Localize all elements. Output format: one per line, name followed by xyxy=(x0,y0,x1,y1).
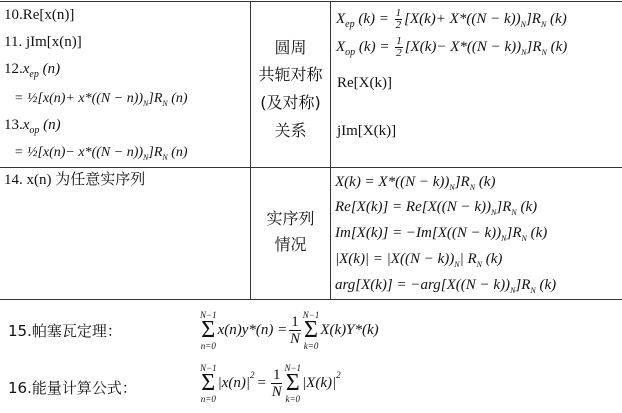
one-over-n: 1N xyxy=(271,367,283,401)
half-den: 2 xyxy=(396,48,402,59)
item-13-eq-end: (n) xyxy=(171,145,187,160)
prop-4-sub: N xyxy=(454,260,459,269)
item-13-sub: op xyxy=(29,125,39,136)
category-label-line-4: 关系 xyxy=(251,123,330,139)
real-property-3: Im[X(k)] = −Im[X((N − k))N]RN (k) xyxy=(335,226,547,241)
sum-lower: k=0 xyxy=(304,342,319,351)
item-12-eq-sub: N xyxy=(143,99,148,108)
category-label-line-3: (及对称) xyxy=(251,95,330,111)
parseval-lhs: x(n)y*(n) = xyxy=(218,323,288,338)
sum-symbol-k: N−1Σk=0 xyxy=(284,364,301,404)
prop-3-tail: ]R xyxy=(507,225,522,241)
prop-5-sub: N xyxy=(510,286,515,295)
equals: = xyxy=(257,376,265,391)
prop-3-body: Im[X(k)] = −Im[X((N − k)) xyxy=(335,225,501,241)
xop-sub: op xyxy=(345,47,355,58)
sum-lower: n=0 xyxy=(201,342,216,351)
category-label-line-2: 共轭对称 xyxy=(251,67,330,83)
prop-2-sub: N xyxy=(491,208,496,217)
xep-rhs: [X(k)+ X*((N − k)) xyxy=(404,11,520,27)
energy-label: 16.能量计算公式： xyxy=(8,381,137,396)
prop-1-tail: ]R xyxy=(455,174,470,190)
frac-den: N xyxy=(290,331,300,348)
jim-xk: jIm[X(k)] xyxy=(337,124,396,139)
prop-4-tail-sub: N xyxy=(477,260,482,269)
prop-1-end: (k) xyxy=(479,174,496,190)
column-divider-2 xyxy=(330,1,331,300)
item-12-eq-tail: ]R xyxy=(148,91,162,106)
real-seq-label-line-1: 实序列 xyxy=(251,211,330,227)
half-fraction: 12 xyxy=(395,36,403,59)
re-xk: Re[X(k)] xyxy=(337,76,392,91)
frac-num: 1 xyxy=(271,367,283,385)
half-fraction: 12 xyxy=(395,8,403,31)
power: 2 xyxy=(336,371,341,380)
xop-formula: Xop (k) = 12[X(k)− X*((N − k))N]RN (k) xyxy=(336,36,567,59)
prop-5-tail-sub: N xyxy=(530,286,535,295)
xep-rhs-tail-sub: N xyxy=(541,20,546,29)
item-12-eq-end: (n) xyxy=(171,91,187,106)
prop-3-tail-sub: N xyxy=(522,234,527,243)
prop-1-tail-sub: N xyxy=(470,183,475,192)
sigma-icon: Σ xyxy=(201,320,215,342)
xop-rhs-tail: ]R xyxy=(527,39,542,55)
item-13-eq-tail: ]R xyxy=(148,145,162,160)
real-property-5: arg[X(k)] = −arg[X((N − k))N]RN (k) xyxy=(335,278,556,293)
xep-sub: ep xyxy=(345,19,354,30)
parseval-label: 15.帕塞瓦定理： xyxy=(8,324,122,339)
item-12-eq-body: = ½[x(n)+ x*((N − n)) xyxy=(14,91,143,106)
item-13-eq-body: = ½[x(n)− x*((N − n)) xyxy=(14,145,143,160)
item-14: 14. x(n) 为任意实序列 xyxy=(4,173,145,188)
xop-rhs-tail-sub: N xyxy=(542,48,547,57)
sum-lower: k=0 xyxy=(285,395,300,404)
energy-lhs: |x(n)| xyxy=(218,376,250,391)
prop-4-end: (k) xyxy=(486,251,503,267)
half-den: 2 xyxy=(396,20,402,31)
xop-rhs-end: (k) xyxy=(551,39,568,55)
frac-num: 1 xyxy=(289,314,301,332)
one-over-n: 1N xyxy=(289,314,301,348)
item-13-eq-tail-sub: N xyxy=(162,153,167,162)
prop-2-tail: ]R xyxy=(496,199,511,215)
sum-symbol-k: N−1Σk=0 xyxy=(303,311,320,351)
sigma-icon: Σ xyxy=(286,373,300,395)
frac-den: N xyxy=(272,384,282,401)
item-12-sub: ep xyxy=(29,69,38,80)
xep-rhs-end: (k) xyxy=(550,11,567,27)
item-13-equation: = ½[x(n)− x*((N − n))N]RN (n) xyxy=(14,146,188,160)
prop-4-tail: | R xyxy=(460,251,477,267)
real-property-4: |X(k)| = |X((N − k))N| RN (k) xyxy=(335,252,502,267)
table-top-border xyxy=(0,1,622,2)
prop-1-sub: N xyxy=(449,183,454,192)
category-label-line-1: 圆周 xyxy=(251,40,330,56)
xop-mid: (k) = xyxy=(359,39,393,55)
item-12-eq-tail-sub: N xyxy=(162,99,167,108)
prop-2-tail-sub: N xyxy=(511,208,516,217)
real-seq-label-line-2: 情况 xyxy=(251,237,330,253)
prop-3-end: (k) xyxy=(531,225,548,241)
item-12: 12.xep (n) xyxy=(4,62,60,77)
prop-2-body: Re[X(k)] = Re[X((N − k)) xyxy=(335,199,491,215)
xep-formula: Xep (k) = 12[X(k)+ X*((N − k))N]RN (k) xyxy=(336,8,567,31)
xop-lhs: X xyxy=(336,39,345,55)
xep-mid: (k) = xyxy=(358,11,392,27)
item-13-label: 13. xyxy=(4,117,23,133)
sum-symbol-n: N−1Σn=0 xyxy=(200,311,217,351)
energy-rhs: |X(k)| xyxy=(302,376,336,391)
power: 2 xyxy=(250,371,255,380)
table-bottom-border xyxy=(0,299,622,300)
xop-rhs: [X(k)− X*((N − k)) xyxy=(405,39,521,55)
real-property-1: X(k) = X*((N − k))N]RN (k) xyxy=(335,175,495,190)
item-10: 10.Re[x(n)] xyxy=(4,8,74,23)
item-11: 11. jIm[x(n)] xyxy=(4,35,82,50)
parseval-rhs: X(k)Y*(k) xyxy=(320,323,378,338)
energy-formula: N−1Σn=0 |x(n)|2 = 1N N−1Σk=0 |X(k)|2 xyxy=(200,364,341,404)
sigma-icon: Σ xyxy=(201,373,215,395)
item-13: 13.xop (n) xyxy=(4,118,61,133)
prop-5-tail: ]R xyxy=(515,277,530,293)
prop-1-body: X(k) = X*((N − k)) xyxy=(335,174,449,190)
real-property-2: Re[X(k)] = Re[X((N − k))N]RN (k) xyxy=(335,200,537,215)
row-divider-1 xyxy=(0,167,622,168)
item-12-arg: (n) xyxy=(43,61,61,77)
xep-rhs-tail: ]R xyxy=(526,11,541,27)
parseval-formula: N−1Σn=0 x(n)y*(n) = 1N N−1Σk=0 X(k)Y*(k) xyxy=(200,311,379,351)
sigma-icon: Σ xyxy=(304,320,318,342)
prop-5-end: (k) xyxy=(540,277,557,293)
item-13-arg: (n) xyxy=(43,117,61,133)
item-13-eq-sub: N xyxy=(143,153,148,162)
item-12-equation: = ½[x(n)+ x*((N − n))N]RN (n) xyxy=(14,92,188,106)
sum-lower: n=0 xyxy=(201,395,216,404)
sum-symbol-n: N−1Σn=0 xyxy=(200,364,217,404)
prop-3-sub: N xyxy=(501,234,506,243)
xep-rhs-sub: N xyxy=(521,20,526,29)
prop-2-end: (k) xyxy=(520,199,537,215)
xep-lhs: X xyxy=(336,11,345,27)
item-12-label: 12. xyxy=(4,61,23,77)
xop-rhs-sub: N xyxy=(521,48,526,57)
prop-5-body: arg[X(k)] = −arg[X((N − k)) xyxy=(335,277,510,293)
prop-4-body: |X(k)| = |X((N − k)) xyxy=(335,251,454,267)
